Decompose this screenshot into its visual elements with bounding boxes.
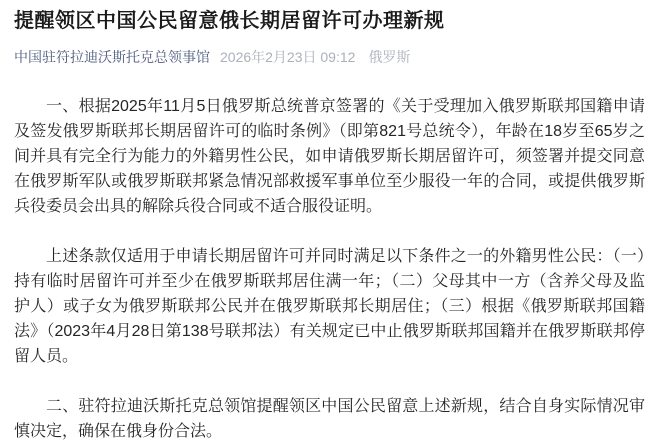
paragraph-2: 上述条款仅适用于申请长期居留许可并同时满足以下条件之一的外籍男性公民：（一）持有… <box>14 244 645 369</box>
publish-datetime: 2026年2月23日 09:12 <box>220 48 355 66</box>
source-publisher-link[interactable]: 中国驻符拉迪沃斯托克总领事馆 <box>14 48 210 66</box>
article-page: 提醒领区中国公民留意俄长期居留许可办理新规 中国驻符拉迪沃斯托克总领事馆 202… <box>0 0 660 441</box>
paragraph-1: 一、根据2025年11月5日俄罗斯总统普京签署的《关于受理加入俄罗斯联邦国籍申请… <box>14 94 645 219</box>
publish-location: 俄罗斯 <box>368 48 410 66</box>
paragraph-3: 二、驻符拉迪沃斯托克总领馆提醒领区中国公民留意上述新规，结合自身实际情况审慎决定… <box>14 394 645 441</box>
article-body: 一、根据2025年11月5日俄罗斯总统普京签署的《关于受理加入俄罗斯联邦国籍申请… <box>14 94 645 441</box>
article-meta: 中国驻符拉迪沃斯托克总领事馆 2026年2月23日 09:12 俄罗斯 <box>14 48 645 66</box>
article-container: 提醒领区中国公民留意俄长期居留许可办理新规 中国驻符拉迪沃斯托克总领事馆 202… <box>0 0 660 441</box>
article-title: 提醒领区中国公民留意俄长期居留许可办理新规 <box>14 8 645 35</box>
